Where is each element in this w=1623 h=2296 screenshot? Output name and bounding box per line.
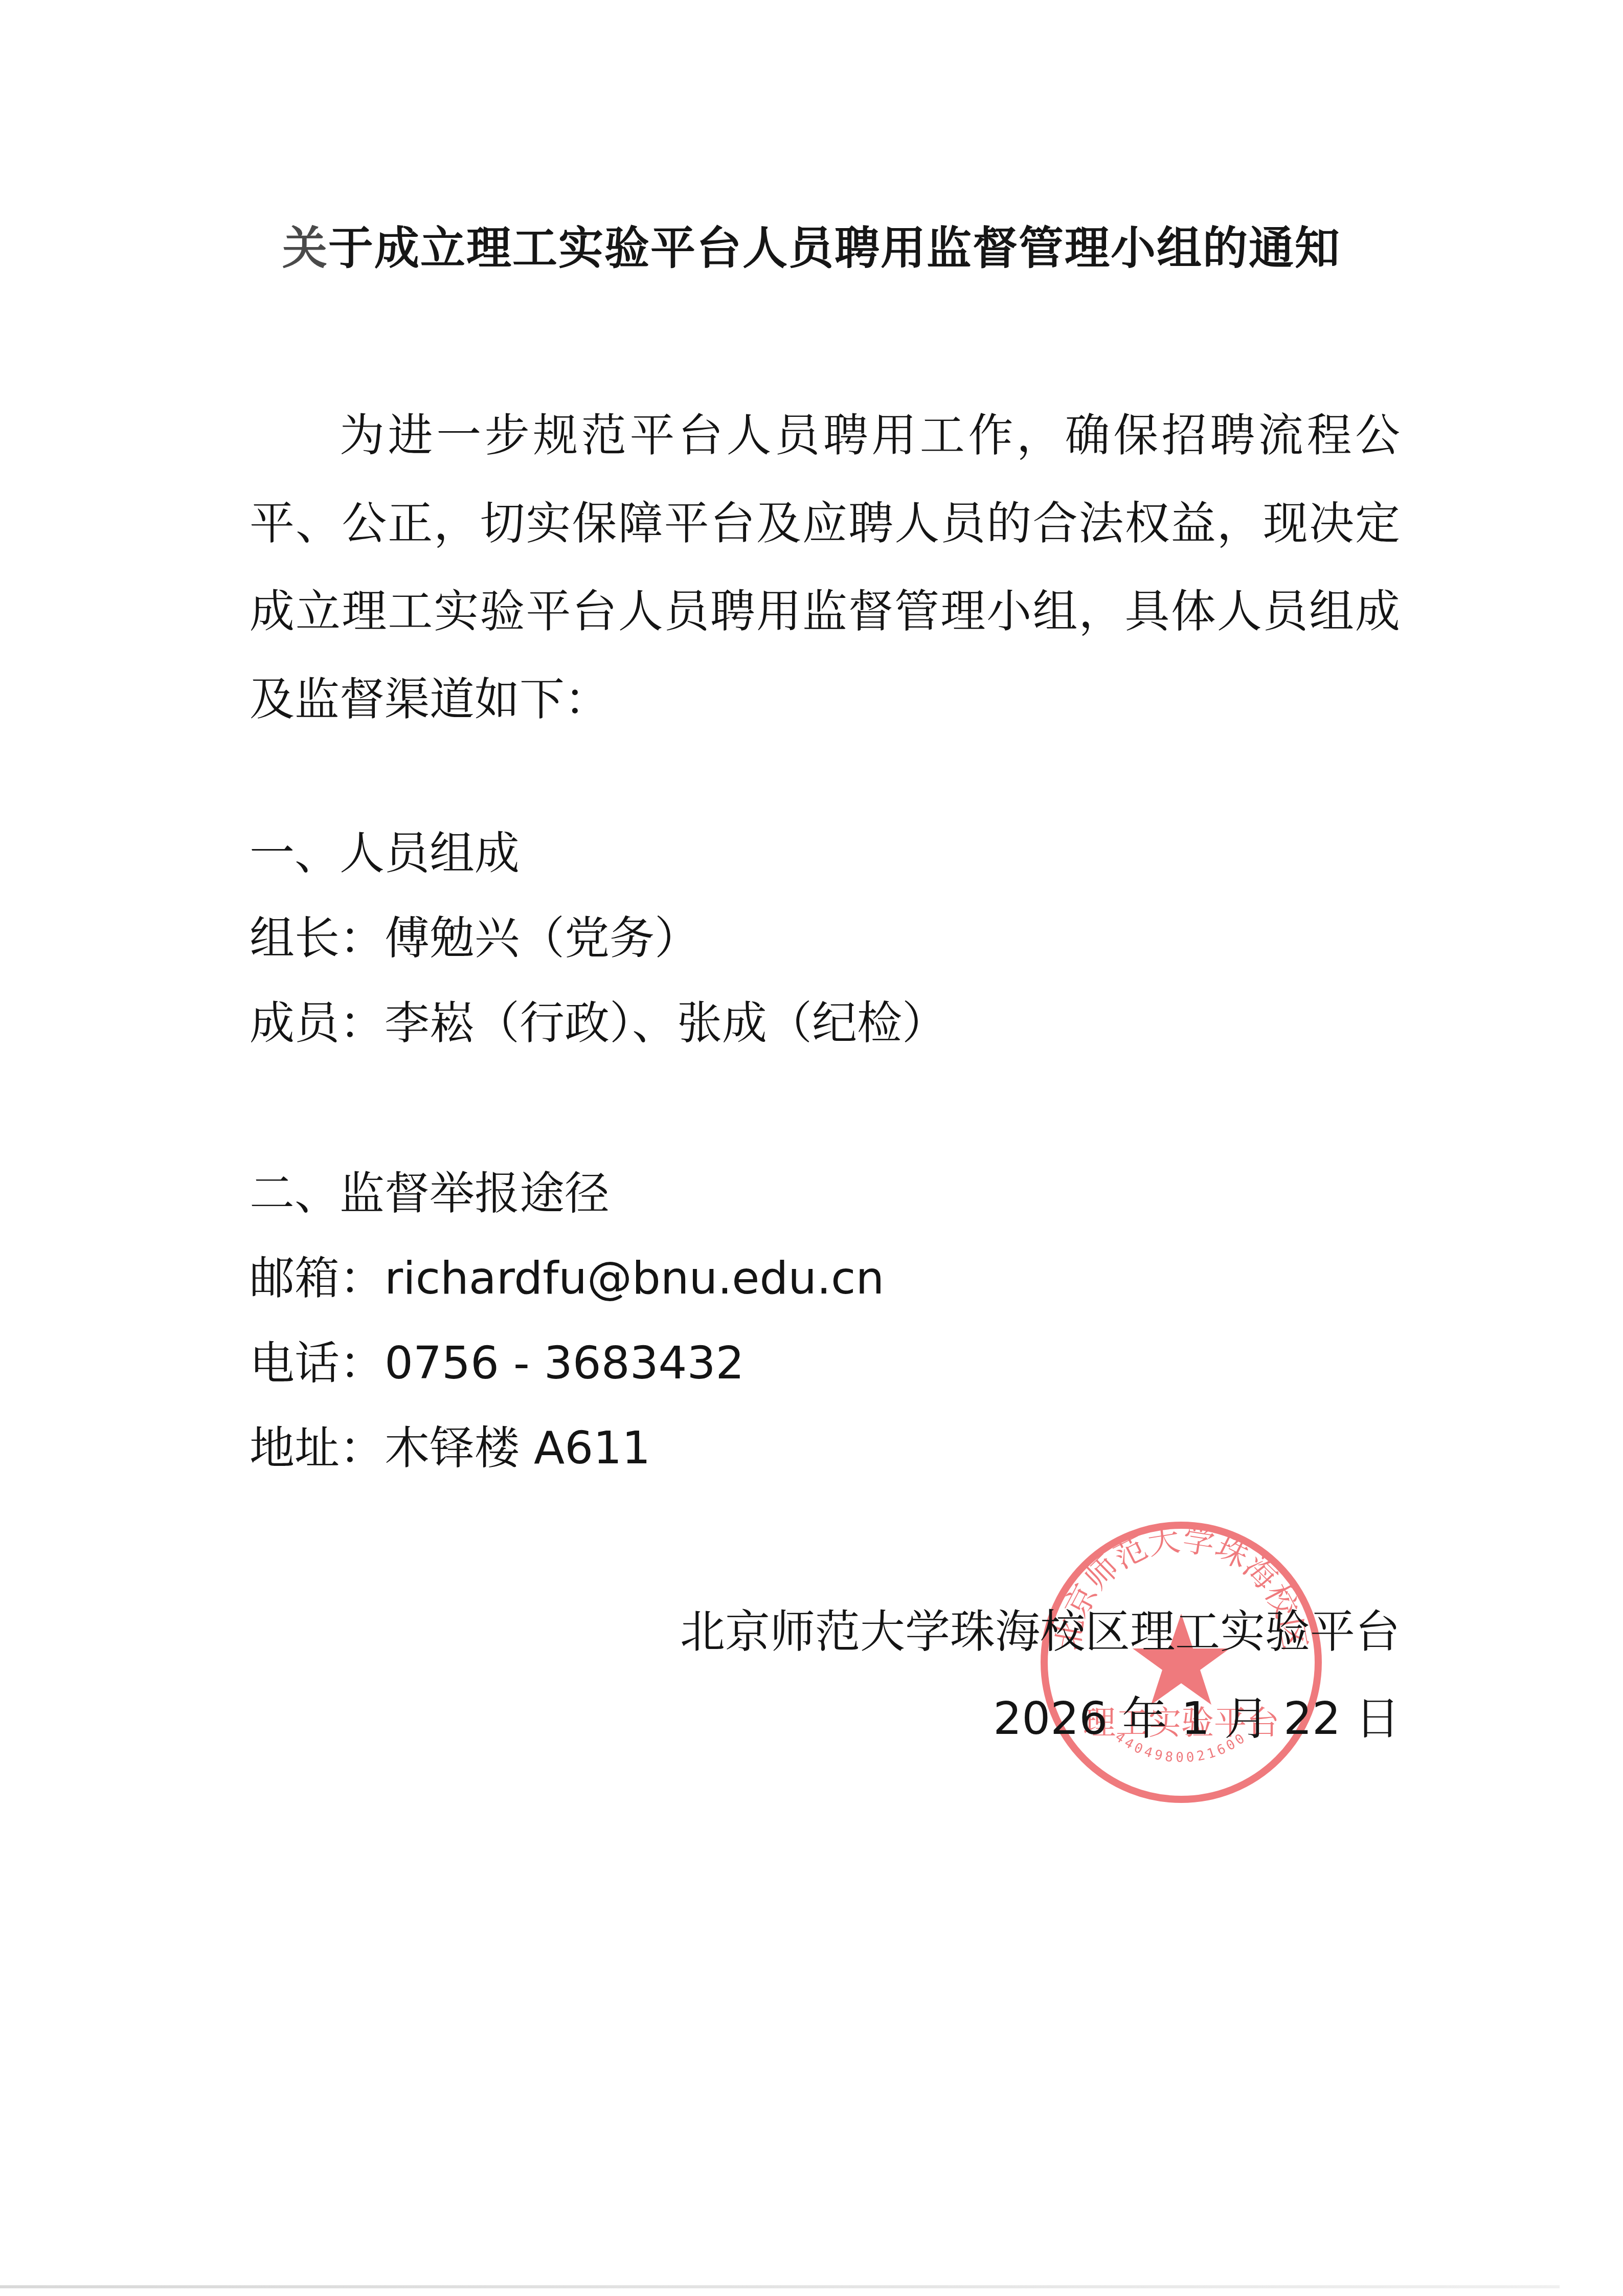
scan-edge-line [0, 2285, 1560, 2288]
signature-block: 北京师范大学珠海校区理工实验平台 2026 年 1 月 22 日 [680, 1588, 1400, 1762]
leader-value: 傅勉兴（党务） [385, 911, 700, 964]
phone-row: 电话：0756 - 3683432 [250, 1321, 884, 1406]
email-label: 邮箱： [250, 1252, 385, 1304]
document-title: 关于成立理工实验平台人员聘用监督管理小组的通知 [0, 217, 1623, 279]
section-report-channels: 二、监督举报途径 邮箱：richardfu@bnu.edu.cn 电话：0756… [250, 1151, 884, 1490]
leader-label: 组长： [250, 911, 385, 964]
signature-organization: 北京师范大学珠海校区理工实验平台 [680, 1588, 1400, 1675]
members-row: 成员：李崧（行政）、张成（纪检） [250, 980, 947, 1065]
address-value: 木铎楼 A611 [385, 1421, 650, 1474]
document-page: 关于成立理工实验平台人员聘用监督管理小组的通知 为进一步规范平台人员聘用工作，确… [0, 0, 1623, 2296]
phone-label: 电话： [250, 1336, 385, 1389]
members-label: 成员： [250, 996, 385, 1049]
members-value: 李崧（行政）、张成（纪检） [385, 996, 947, 1049]
address-label: 地址： [250, 1421, 385, 1474]
intro-paragraph: 为进一步规范平台人员聘用工作，确保招聘流程公平、公正，切实保障平台及应聘人员的合… [250, 391, 1400, 743]
section-heading-report: 二、监督举报途径 [250, 1151, 884, 1236]
title-text: 于成立理工实验平台人员聘用监督管理小组的通知 [328, 221, 1341, 274]
address-row: 地址：木铎楼 A611 [250, 1406, 884, 1490]
email-value[interactable]: richardfu@bnu.edu.cn [385, 1252, 884, 1304]
email-row: 邮箱：richardfu@bnu.edu.cn [250, 1236, 884, 1321]
section-personnel: 一、人员组成 组长：傅勉兴（党务） 成员：李崧（行政）、张成（纪检） [250, 811, 947, 1065]
signature-date: 2026 年 1 月 22 日 [680, 1675, 1400, 1762]
section-heading-personnel: 一、人员组成 [250, 811, 947, 896]
leader-row: 组长：傅勉兴（党务） [250, 896, 947, 980]
phone-value: 0756 - 3683432 [385, 1336, 745, 1389]
title-first-char: 关 [282, 221, 328, 274]
